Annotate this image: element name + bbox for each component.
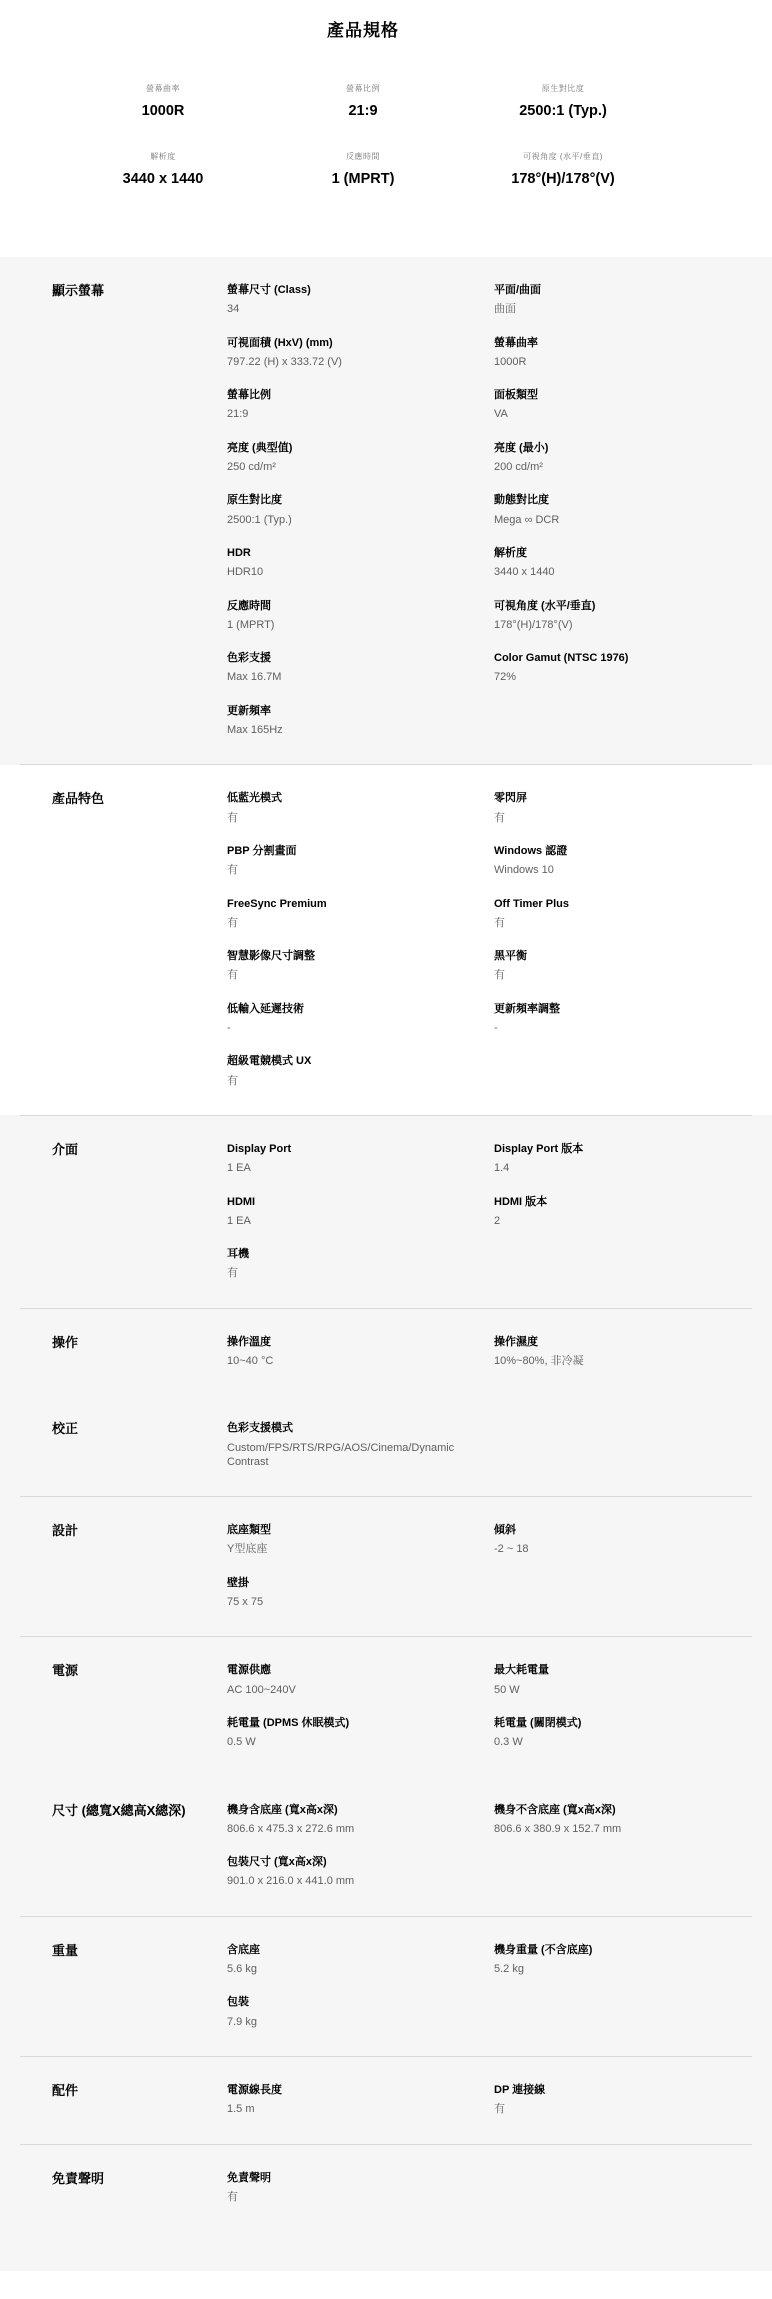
spec-item-value: Y型底座 — [227, 1542, 478, 1556]
spec-item-label: 解析度 — [494, 546, 756, 560]
key-spec-label: 可視角度 (水平/垂直) — [463, 151, 663, 162]
spec-item-value: 有 — [494, 916, 756, 930]
spec-section-weight: 重量含底座5.6 kg包裝7.9 kg機身重量 (不含底座)5.2 kg — [0, 1917, 772, 2056]
spec-item-label: 面板類型 — [494, 388, 756, 402]
spec-item-value: 有 — [227, 863, 478, 877]
spec-item-value: 有 — [227, 1074, 478, 1088]
spec-item-value: 34 — [227, 302, 478, 316]
section-column-right: 最大耗電量50 W耗電量 (關閉模式)0.3 W — [494, 1663, 772, 1768]
spec-item-value: 806.6 x 380.9 x 152.7 mm — [494, 1822, 756, 1836]
spec-item-value: 200 cd/m² — [494, 460, 756, 474]
spec-item-label: 低輸入延遲技術 — [227, 1002, 478, 1016]
spec-item-label: 可視面積 (HxV) (mm) — [227, 336, 478, 350]
section-column-left: 機身含底座 (寬x高x深)806.6 x 475.3 x 272.6 mm包裝尺… — [227, 1803, 494, 1908]
spec-table: 顯示螢幕螢幕尺寸 (Class)34可視面積 (HxV) (mm)797.22 … — [0, 257, 772, 2271]
spec-item: 操作溫度10~40 °C — [227, 1335, 494, 1369]
spec-item-value: 10%~80%, 非冷凝 — [494, 1354, 756, 1368]
section-column-right: 平面/曲面曲面螢幕曲率1000R面板類型VA亮度 (最小)200 cd/m²動態… — [494, 283, 772, 756]
spec-item-label: 智慧影像尺寸調整 — [227, 949, 478, 963]
spec-item-label: 黑平衡 — [494, 949, 756, 963]
spec-item-value: 1.5 m — [227, 2102, 478, 2116]
section-name: 顯示螢幕 — [52, 283, 227, 756]
section-column-left: Display Port1 EAHDMI1 EA耳機有 — [227, 1142, 494, 1300]
spec-item-value: 5.2 kg — [494, 1962, 756, 1976]
key-spec-item: 反應時間1 (MPRT) — [263, 151, 463, 187]
spec-item: 色彩支援Max 16.7M — [227, 651, 494, 685]
spec-item-value: 0.5 W — [227, 1735, 478, 1749]
spec-item: Off Timer Plus有 — [494, 897, 772, 931]
spec-item-label: 色彩支援模式 — [227, 1421, 478, 1435]
spec-item-value: -2 ~ 18 — [494, 1542, 756, 1556]
spec-item-label: 平面/曲面 — [494, 283, 756, 297]
section-name: 產品特色 — [52, 791, 227, 1107]
spec-item-value: 有 — [494, 811, 756, 825]
spec-item: 黑平衡有 — [494, 949, 772, 983]
spec-item-label: 反應時間 — [227, 599, 478, 613]
section-column-right: Display Port 版本1.4HDMI 版本2 — [494, 1142, 772, 1300]
spec-item-value: 178°(H)/178°(V) — [494, 618, 756, 632]
spec-item-label: 電源供應 — [227, 1663, 478, 1677]
spec-item: 耗電量 (DPMS 休眠模式)0.5 W — [227, 1716, 494, 1750]
spec-item-value: 有 — [227, 968, 478, 982]
spec-item: 可視面積 (HxV) (mm)797.22 (H) x 333.72 (V) — [227, 336, 494, 370]
spec-item-label: 耗電量 (關閉模式) — [494, 1716, 756, 1730]
spec-item: 原生對比度2500:1 (Typ.) — [227, 493, 494, 527]
spec-item-label: HDMI — [227, 1195, 478, 1209]
spec-item: HDRHDR10 — [227, 546, 494, 580]
spec-item: Color Gamut (NTSC 1976)72% — [494, 651, 772, 685]
spec-item-value: 1.4 — [494, 1161, 756, 1175]
table-bottom-spacer — [0, 2231, 772, 2271]
spec-section-disclaimer: 免責聲明免責聲明有 — [0, 2145, 772, 2232]
spec-item: 反應時間1 (MPRT) — [227, 599, 494, 633]
section-name: 設計 — [52, 1523, 227, 1628]
section-column-left: 色彩支援模式Custom/FPS/RTS/RPG/AOS/Cinema/Dyna… — [227, 1421, 494, 1488]
spec-item-label: PBP 分割畫面 — [227, 844, 478, 858]
spec-item: 面板類型VA — [494, 388, 772, 422]
section-name: 操作 — [52, 1335, 227, 1388]
spec-item-value: 有 — [227, 1266, 478, 1280]
section-column-right — [494, 2171, 772, 2224]
spec-item: 色彩支援模式Custom/FPS/RTS/RPG/AOS/Cinema/Dyna… — [227, 1421, 494, 1469]
section-column-right: 零閃屏有Windows 認證Windows 10Off Timer Plus有黑… — [494, 791, 772, 1107]
spec-item-label: 更新頻率調整 — [494, 1002, 756, 1016]
spec-item-label: 電源線長度 — [227, 2083, 478, 2097]
spec-item-value: 21:9 — [227, 407, 478, 421]
spec-item-value: 有 — [494, 2102, 756, 2116]
key-spec-value: 178°(H)/178°(V) — [463, 171, 663, 187]
key-spec-value: 2500:1 (Typ.) — [463, 103, 663, 119]
spec-section-dimension: 尺寸 (總寬X總高X總深)機身含底座 (寬x高x深)806.6 x 475.3 … — [0, 1777, 772, 1916]
spec-item-label: 底座類型 — [227, 1523, 478, 1537]
spec-item-value: Max 165Hz — [227, 723, 478, 737]
spec-item-value: 75 x 75 — [227, 1595, 478, 1609]
spec-item-label: 螢幕比例 — [227, 388, 478, 402]
spec-item-label: 更新頻率 — [227, 704, 478, 718]
spec-section-interface: 介面Display Port1 EAHDMI1 EA耳機有Display Por… — [0, 1116, 772, 1308]
spec-item: 底座類型Y型底座 — [227, 1523, 494, 1557]
spec-item: 操作濕度10%~80%, 非冷凝 — [494, 1335, 772, 1369]
spec-item: 動態對比度Mega ∞ DCR — [494, 493, 772, 527]
key-spec-value: 1 (MPRT) — [263, 171, 463, 187]
section-name: 校正 — [52, 1421, 227, 1488]
spec-item-label: Windows 認證 — [494, 844, 756, 858]
spec-item-label: 機身不含底座 (寬x高x深) — [494, 1803, 756, 1817]
spec-item: 平面/曲面曲面 — [494, 283, 772, 317]
spec-item: HDMI 版本2 — [494, 1195, 772, 1229]
spec-item: 超級電競模式 UX有 — [227, 1054, 494, 1088]
spec-section-calibration: 校正色彩支援模式Custom/FPS/RTS/RPG/AOS/Cinema/Dy… — [0, 1395, 772, 1496]
spec-item-label: Off Timer Plus — [494, 897, 756, 911]
section-column-right: 傾斜-2 ~ 18 — [494, 1523, 772, 1628]
spec-section-display: 顯示螢幕螢幕尺寸 (Class)34可視面積 (HxV) (mm)797.22 … — [0, 257, 772, 764]
spec-item: Display Port1 EA — [227, 1142, 494, 1176]
spec-item: 包裝尺寸 (寬x高x深)901.0 x 216.0 x 441.0 mm — [227, 1855, 494, 1889]
key-spec-item: 螢幕曲率1000R — [63, 83, 263, 119]
spec-item-value: 50 W — [494, 1683, 756, 1697]
key-spec-value: 21:9 — [263, 103, 463, 119]
spec-item-label: Display Port 版本 — [494, 1142, 756, 1156]
section-column-right: 操作濕度10%~80%, 非冷凝 — [494, 1335, 772, 1388]
spec-item: 更新頻率Max 165Hz — [227, 704, 494, 738]
spec-item: 機身含底座 (寬x高x深)806.6 x 475.3 x 272.6 mm — [227, 1803, 494, 1837]
spec-item: HDMI1 EA — [227, 1195, 494, 1229]
spec-section-design: 設計底座類型Y型底座壁掛75 x 75傾斜-2 ~ 18 — [0, 1497, 772, 1636]
spec-item-label: 低藍光模式 — [227, 791, 478, 805]
spec-item-value: 5.6 kg — [227, 1962, 478, 1976]
spec-item: 螢幕比例21:9 — [227, 388, 494, 422]
spec-item-label: 機身含底座 (寬x高x深) — [227, 1803, 478, 1817]
spec-item-label: 耗電量 (DPMS 休眠模式) — [227, 1716, 478, 1730]
section-column-right: 機身重量 (不含底座)5.2 kg — [494, 1943, 772, 2048]
spec-item-value: 806.6 x 475.3 x 272.6 mm — [227, 1822, 478, 1836]
spec-item-label: 可視角度 (水平/垂直) — [494, 599, 756, 613]
spec-item-value: 有 — [227, 811, 478, 825]
spec-item: 更新頻率調整- — [494, 1002, 772, 1036]
spec-item-label: 包裝 — [227, 1995, 478, 2009]
spec-section-accessory: 配件電源線長度1.5 mDP 連接線有 — [0, 2057, 772, 2144]
spec-item-value: 250 cd/m² — [227, 460, 478, 474]
spec-item-label: HDMI 版本 — [494, 1195, 756, 1209]
product-spec-page: 產品規格 螢幕曲率1000R螢幕比例21:9原生對比度2500:1 (Typ.)… — [0, 0, 772, 2271]
spec-item-value: 1 EA — [227, 1214, 478, 1228]
spec-item-label: HDR — [227, 546, 478, 560]
spec-section-power: 電源電源供應AC 100~240V耗電量 (DPMS 休眠模式)0.5 W最大耗… — [0, 1637, 772, 1776]
key-spec-label: 螢幕曲率 — [63, 83, 263, 94]
spec-item: 零閃屏有 — [494, 791, 772, 825]
spec-item-value: - — [494, 1021, 756, 1035]
spec-item-label: 操作濕度 — [494, 1335, 756, 1349]
spec-item: 機身重量 (不含底座)5.2 kg — [494, 1943, 772, 1977]
spec-item-label: 含底座 — [227, 1943, 478, 1957]
spec-item: 耳機有 — [227, 1247, 494, 1281]
spec-item-label: Display Port — [227, 1142, 478, 1156]
section-column-left: 電源線長度1.5 m — [227, 2083, 494, 2136]
spec-item: 可視角度 (水平/垂直)178°(H)/178°(V) — [494, 599, 772, 633]
spec-item-value: 2500:1 (Typ.) — [227, 513, 478, 527]
spec-item: 機身不含底座 (寬x高x深)806.6 x 380.9 x 152.7 mm — [494, 1803, 772, 1837]
spec-item-value: 797.22 (H) x 333.72 (V) — [227, 355, 478, 369]
spec-item: 電源供應AC 100~240V — [227, 1663, 494, 1697]
section-column-right: 機身不含底座 (寬x高x深)806.6 x 380.9 x 152.7 mm — [494, 1803, 772, 1908]
section-name: 配件 — [52, 2083, 227, 2136]
spec-item-label: 免責聲明 — [227, 2171, 478, 2185]
spec-item: 最大耗電量50 W — [494, 1663, 772, 1697]
spec-item-label: 亮度 (最小) — [494, 441, 756, 455]
spec-item: DP 連接線有 — [494, 2083, 772, 2117]
spec-item-value: 1 (MPRT) — [227, 618, 478, 632]
spec-section-operation: 操作操作溫度10~40 °C操作濕度10%~80%, 非冷凝 — [0, 1309, 772, 1396]
section-column-left: 螢幕尺寸 (Class)34可視面積 (HxV) (mm)797.22 (H) … — [227, 283, 494, 756]
spec-item-value: 7.9 kg — [227, 2015, 478, 2029]
spec-item-label: 操作溫度 — [227, 1335, 478, 1349]
spec-item: Windows 認證Windows 10 — [494, 844, 772, 878]
spec-item-label: 壁掛 — [227, 1576, 478, 1590]
spec-item-value: 有 — [227, 916, 478, 930]
spec-item: PBP 分割畫面有 — [227, 844, 494, 878]
spec-item-label: 耳機 — [227, 1247, 478, 1261]
spec-item-label: FreeSync Premium — [227, 897, 478, 911]
spec-item-value: 2 — [494, 1214, 756, 1228]
spec-item-label: 原生對比度 — [227, 493, 478, 507]
section-name: 尺寸 (總寬X總高X總深) — [52, 1803, 227, 1908]
spec-item-value: Windows 10 — [494, 863, 756, 877]
spec-item-value: 3440 x 1440 — [494, 565, 756, 579]
section-name: 介面 — [52, 1142, 227, 1300]
spec-item: FreeSync Premium有 — [227, 897, 494, 931]
spec-item-label: 包裝尺寸 (寬x高x深) — [227, 1855, 478, 1869]
section-name: 重量 — [52, 1943, 227, 2048]
spec-item-value: 1000R — [494, 355, 756, 369]
spec-item-label: 螢幕曲率 — [494, 336, 756, 350]
spec-item: 耗電量 (關閉模式)0.3 W — [494, 1716, 772, 1750]
spec-item-value: AC 100~240V — [227, 1683, 478, 1697]
spec-item-label: 色彩支援 — [227, 651, 478, 665]
spec-item: 解析度3440 x 1440 — [494, 546, 772, 580]
spec-item-value: 曲面 — [494, 302, 756, 316]
key-spec-value: 1000R — [63, 103, 263, 119]
spec-item-label: 動態對比度 — [494, 493, 756, 507]
spec-item-value: 有 — [227, 2190, 478, 2204]
spec-item: 低藍光模式有 — [227, 791, 494, 825]
spec-item-value: 1 EA — [227, 1161, 478, 1175]
key-spec-value: 3440 x 1440 — [63, 171, 263, 187]
key-spec-item: 原生對比度2500:1 (Typ.) — [463, 83, 663, 119]
spec-section-features: 產品特色低藍光模式有PBP 分割畫面有FreeSync Premium有智慧影像… — [0, 765, 772, 1115]
spec-item: 壁掛75 x 75 — [227, 1576, 494, 1610]
spec-item: 螢幕曲率1000R — [494, 336, 772, 370]
section-column-left: 含底座5.6 kg包裝7.9 kg — [227, 1943, 494, 2048]
section-column-right: DP 連接線有 — [494, 2083, 772, 2136]
spec-item-value: Max 16.7M — [227, 670, 478, 684]
section-column-right — [494, 1421, 772, 1488]
spec-item: 免責聲明有 — [227, 2171, 494, 2205]
spec-item: 低輸入延遲技術- — [227, 1002, 494, 1036]
spec-item-label: 超級電競模式 UX — [227, 1054, 478, 1068]
spec-item-label: 機身重量 (不含底座) — [494, 1943, 756, 1957]
key-spec-label: 反應時間 — [263, 151, 463, 162]
spec-item-value: 901.0 x 216.0 x 441.0 mm — [227, 1874, 478, 1888]
key-spec-item: 可視角度 (水平/垂直)178°(H)/178°(V) — [463, 151, 663, 187]
spec-item: 電源線長度1.5 m — [227, 2083, 494, 2117]
section-name: 免責聲明 — [52, 2171, 227, 2224]
spec-item: Display Port 版本1.4 — [494, 1142, 772, 1176]
key-spec-item: 螢幕比例21:9 — [263, 83, 463, 119]
spec-item-value: VA — [494, 407, 756, 421]
spec-item-label: 亮度 (典型值) — [227, 441, 478, 455]
spec-item-value: 有 — [494, 968, 756, 982]
key-spec-label: 原生對比度 — [463, 83, 663, 94]
section-column-left: 操作溫度10~40 °C — [227, 1335, 494, 1388]
spec-item-label: DP 連接線 — [494, 2083, 756, 2097]
section-column-left: 免責聲明有 — [227, 2171, 494, 2224]
spec-item-value: HDR10 — [227, 565, 478, 579]
spec-item-label: Color Gamut (NTSC 1976) — [494, 651, 756, 665]
key-spec-label: 螢幕比例 — [263, 83, 463, 94]
page-title: 產品規格 — [63, 0, 663, 41]
key-specs-grid: 螢幕曲率1000R螢幕比例21:9原生對比度2500:1 (Typ.)解析度34… — [63, 83, 663, 187]
spec-item: 含底座5.6 kg — [227, 1943, 494, 1977]
spec-item-value: - — [227, 1021, 478, 1035]
key-spec-label: 解析度 — [63, 151, 263, 162]
spec-item: 亮度 (典型值)250 cd/m² — [227, 441, 494, 475]
spec-item-value: 72% — [494, 670, 756, 684]
section-column-left: 電源供應AC 100~240V耗電量 (DPMS 休眠模式)0.5 W — [227, 1663, 494, 1768]
key-spec-item: 解析度3440 x 1440 — [63, 151, 263, 187]
spec-item: 包裝7.9 kg — [227, 1995, 494, 2029]
spec-item-value: 0.3 W — [494, 1735, 756, 1749]
spec-item-label: 傾斜 — [494, 1523, 756, 1537]
section-name: 電源 — [52, 1663, 227, 1768]
spec-item: 智慧影像尺寸調整有 — [227, 949, 494, 983]
section-column-left: 低藍光模式有PBP 分割畫面有FreeSync Premium有智慧影像尺寸調整… — [227, 791, 494, 1107]
spec-item-value: Mega ∞ DCR — [494, 513, 756, 527]
spec-item: 螢幕尺寸 (Class)34 — [227, 283, 494, 317]
spec-item-label: 零閃屏 — [494, 791, 756, 805]
spec-item-label: 最大耗電量 — [494, 1663, 756, 1677]
spec-item-label: 螢幕尺寸 (Class) — [227, 283, 478, 297]
spec-item: 亮度 (最小)200 cd/m² — [494, 441, 772, 475]
spec-item: 傾斜-2 ~ 18 — [494, 1523, 772, 1557]
spec-item-value: 10~40 °C — [227, 1354, 478, 1368]
section-column-left: 底座類型Y型底座壁掛75 x 75 — [227, 1523, 494, 1628]
spec-item-value: Custom/FPS/RTS/RPG/AOS/Cinema/Dynamic Co… — [227, 1441, 478, 1470]
